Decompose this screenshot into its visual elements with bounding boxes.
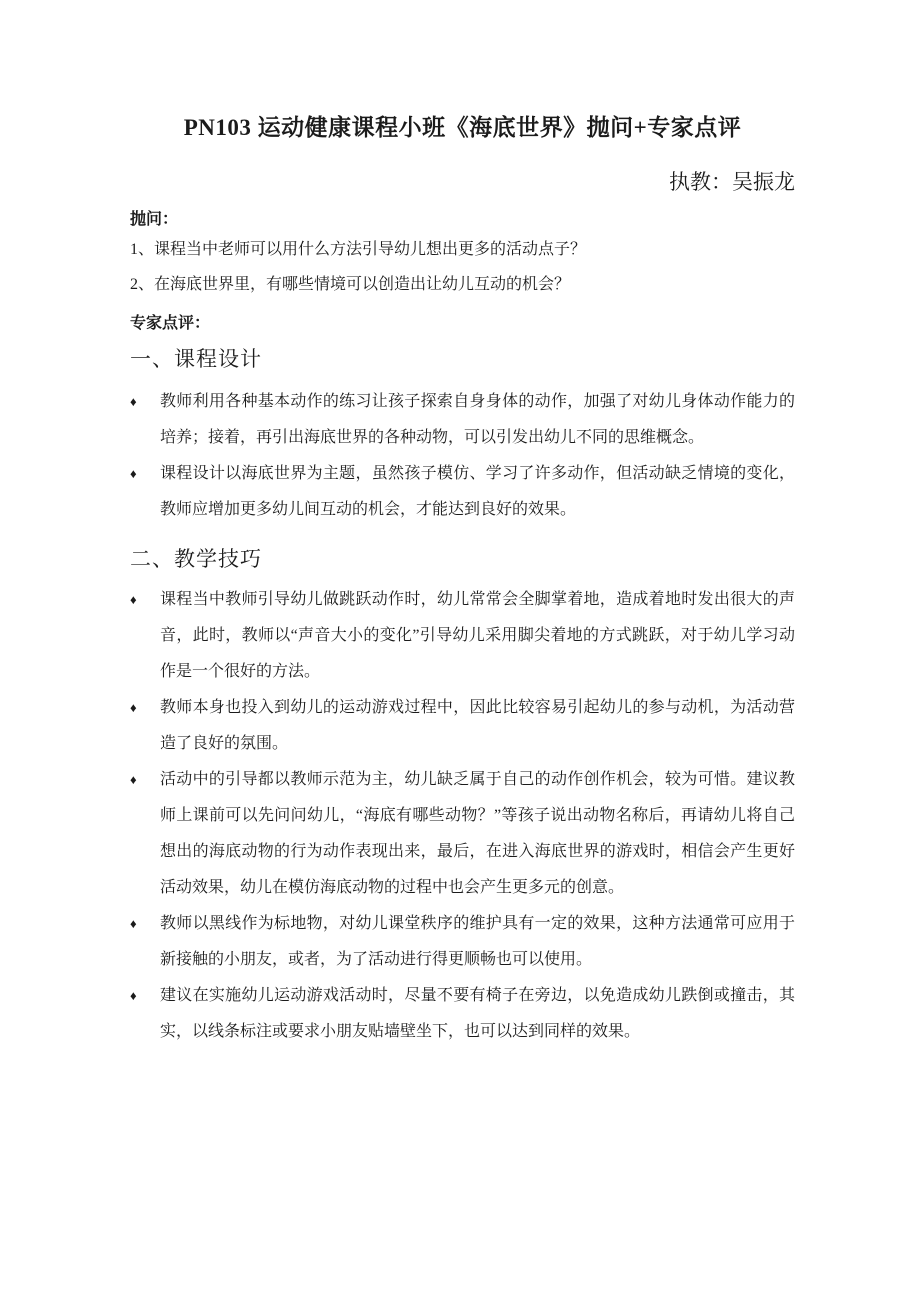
- bullet-text: 课程设计以海底世界为主题，虽然孩子模仿、学习了许多动作，但活动缺乏情境的变化，教…: [160, 456, 795, 528]
- bullet-item: ♦ 教师利用各种基本动作的练习让孩子探索自身身体的动作，加强了对幼儿身体动作能力…: [130, 384, 795, 456]
- document-page: PN103 运动健康课程小班《海底世界》抛问+专家点评 执教：吴振龙 抛问： 1…: [0, 0, 920, 1301]
- bullet-item: ♦ 建议在实施幼儿运动游戏活动时，尽量不要有椅子在旁边，以免造成幼儿跌倒或撞击，…: [130, 978, 795, 1050]
- question-item-2: 2、在海底世界里，有哪些情境可以创造出让幼儿互动的机会？: [130, 267, 795, 302]
- bullet-text: 活动中的引导都以教师示范为主，幼儿缺乏属于自己的动作创作机会，较为可惜。建议教师…: [160, 762, 795, 906]
- bullet-item: ♦ 教师本身也投入到幼儿的运动游戏过程中，因此比较容易引起幼儿的参与动机，为活动…: [130, 690, 795, 762]
- course-design-bullet-list: ♦ 教师利用各种基本动作的练习让孩子探索自身身体的动作，加强了对幼儿身体动作能力…: [130, 384, 795, 528]
- instructor-byline: 执教：吴振龙: [130, 168, 795, 196]
- section-heading-teaching-skills: 二、教学技巧: [130, 544, 795, 574]
- bullet-text: 建议在实施幼儿运动游戏活动时，尽量不要有椅子在旁边，以免造成幼儿跌倒或撞击，其实…: [160, 978, 795, 1050]
- bullet-item: ♦ 课程当中教师引导幼儿做跳跃动作时，幼儿常常会全脚掌着地，造成着地时发出很大的…: [130, 582, 795, 690]
- document-content: PN103 运动健康课程小班《海底世界》抛问+专家点评 执教：吴振龙 抛问： 1…: [0, 0, 920, 1301]
- question-item-1: 1、课程当中老师可以用什么方法引导幼儿想出更多的活动点子？: [130, 232, 795, 267]
- bullet-item: ♦ 教师以黑线作为标地物，对幼儿课堂秩序的维护具有一定的效果，这种方法通常可应用…: [130, 906, 795, 978]
- diamond-bullet-icon: ♦: [130, 384, 160, 420]
- review-section-label: 专家点评：: [130, 312, 795, 336]
- section-heading-course-design: 一、课程设计: [130, 344, 795, 374]
- diamond-bullet-icon: ♦: [130, 906, 160, 942]
- questions-section-label: 抛问：: [130, 208, 795, 232]
- bullet-text: 教师以黑线作为标地物，对幼儿课堂秩序的维护具有一定的效果，这种方法通常可应用于新…: [160, 906, 795, 978]
- bullet-text: 教师利用各种基本动作的练习让孩子探索自身身体的动作，加强了对幼儿身体动作能力的培…: [160, 384, 795, 456]
- diamond-bullet-icon: ♦: [130, 690, 160, 726]
- bullet-text: 课程当中教师引导幼儿做跳跃动作时，幼儿常常会全脚掌着地，造成着地时发出很大的声音…: [160, 582, 795, 690]
- teaching-skills-bullet-list: ♦ 课程当中教师引导幼儿做跳跃动作时，幼儿常常会全脚掌着地，造成着地时发出很大的…: [130, 582, 795, 1050]
- diamond-bullet-icon: ♦: [130, 762, 160, 798]
- document-title: PN103 运动健康课程小班《海底世界》抛问+专家点评: [130, 112, 795, 144]
- diamond-bullet-icon: ♦: [130, 978, 160, 1014]
- bullet-item: ♦ 课程设计以海底世界为主题，虽然孩子模仿、学习了许多动作，但活动缺乏情境的变化…: [130, 456, 795, 528]
- bullet-text: 教师本身也投入到幼儿的运动游戏过程中，因此比较容易引起幼儿的参与动机，为活动营造…: [160, 690, 795, 762]
- diamond-bullet-icon: ♦: [130, 456, 160, 492]
- diamond-bullet-icon: ♦: [130, 582, 160, 618]
- bullet-item: ♦ 活动中的引导都以教师示范为主，幼儿缺乏属于自己的动作创作机会，较为可惜。建议…: [130, 762, 795, 906]
